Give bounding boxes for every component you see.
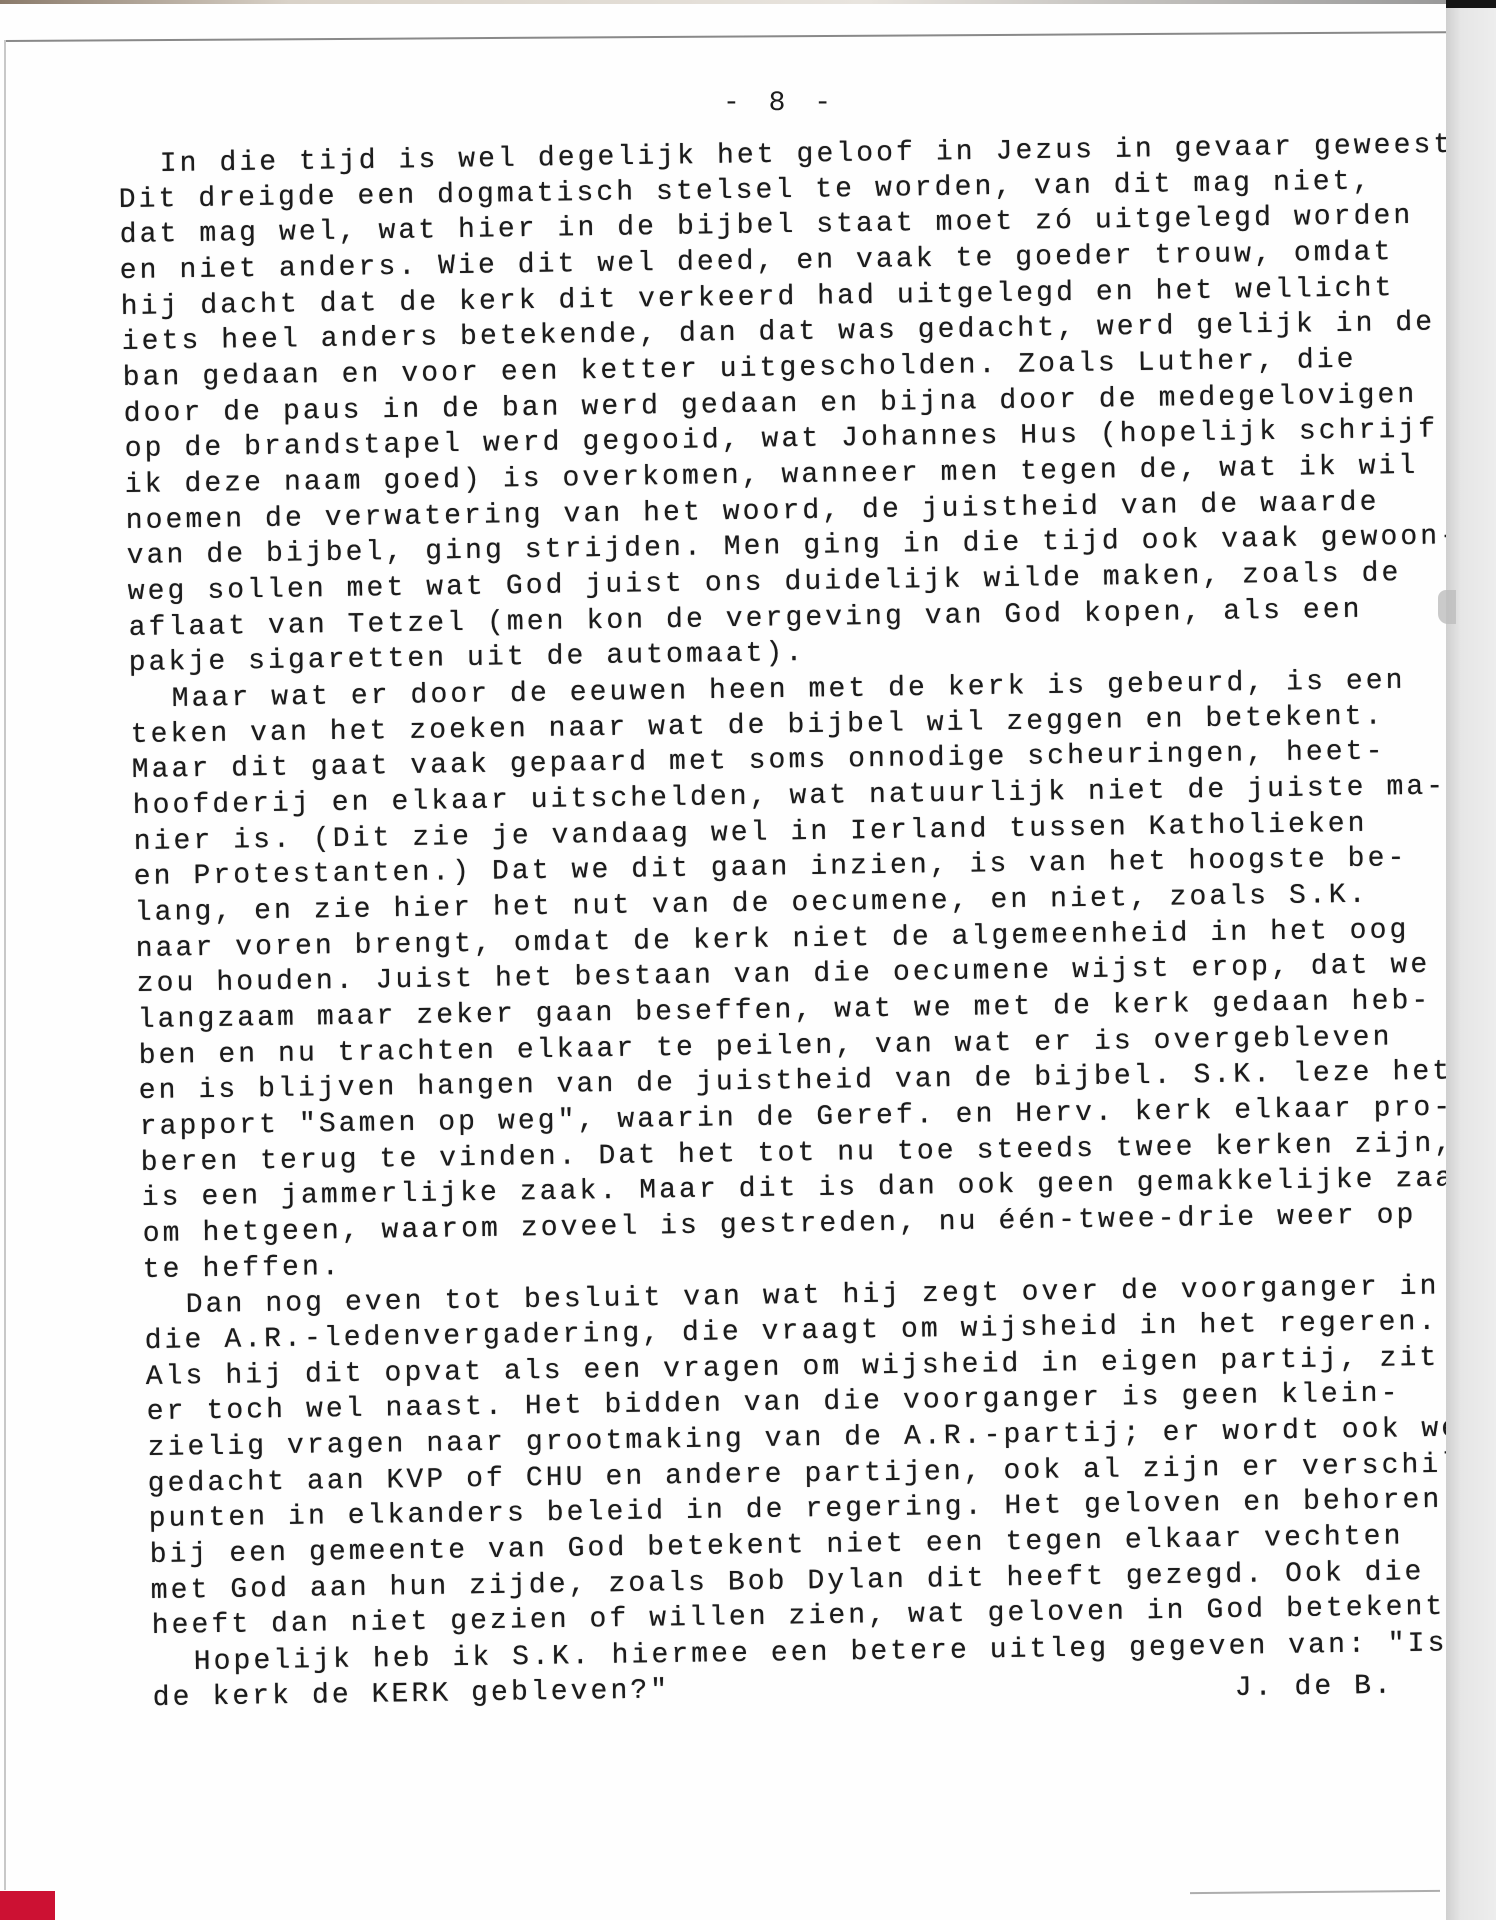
binding-gutter — [1446, 0, 1496, 1920]
text-line: pakje sigaretten uit de automaat). — [129, 639, 806, 679]
body-text: In die tijd is wel degelijk het geloof i… — [0, 0, 1496, 1920]
page-notch — [1438, 590, 1456, 624]
document-page: - 8 - In die tijd is wel degelijk het ge… — [0, 0, 1446, 1920]
text-line: de kerk de KERK gebleven?" — [153, 1676, 671, 1714]
author-signature: J. de B. — [1235, 1671, 1395, 1703]
binding-top-shadow — [1446, 0, 1496, 8]
text-line: te heffen. — [143, 1253, 342, 1286]
red-marker-tab — [0, 1891, 55, 1920]
